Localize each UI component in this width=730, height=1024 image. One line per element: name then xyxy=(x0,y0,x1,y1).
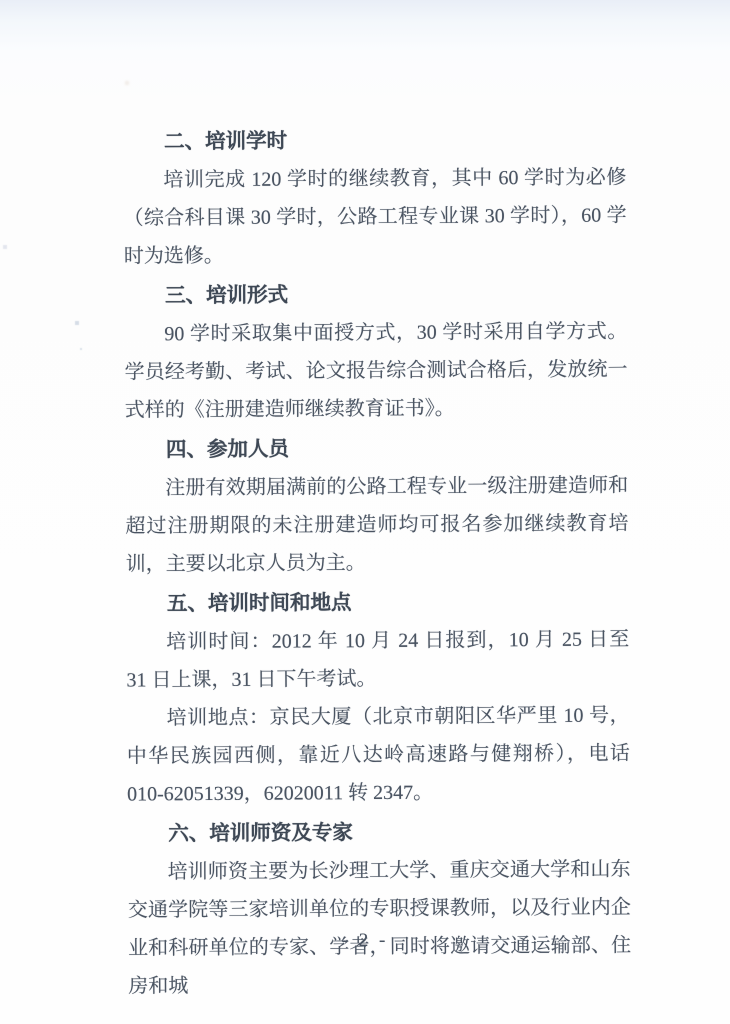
section-training-format: 三、培训形式 90 学时采取集中面授方式，30 学时采用自学方式。学员经考勤、考… xyxy=(124,272,628,429)
section-time-and-place: 五、培训时间和地点 培训时间：2012 年 10 月 24 日报到，10 月 2… xyxy=(126,580,630,813)
section-heading: 五、培训时间和地点 xyxy=(126,580,629,623)
scanned-page: 二、培训学时 培训完成 120 学时的继续教育，其中 60 学时为必修（综合科目… xyxy=(0,0,730,1024)
paragraph: 培训师资主要为长沙理工大学、重庆交通大学和山东交通学院等三家培训单位的专职授课教… xyxy=(127,850,631,1005)
page-number: - 2 - xyxy=(0,930,730,952)
document-body: 二、培训学时 培训完成 120 学时的继续教育，其中 60 学时为必修（综合科目… xyxy=(123,118,631,1005)
section-participants: 四、参加人员 注册有效期届满前的公路工程专业一级注册建造师和超过注册期限的未注册… xyxy=(125,426,629,583)
section-heading: 二、培训学时 xyxy=(123,118,626,161)
paragraph: 培训时间：2012 年 10 月 24 日报到，10 月 25 日至 31 日上… xyxy=(126,620,629,699)
section-heading: 四、参加人员 xyxy=(125,426,628,469)
paragraph: 注册有效期届满前的公路工程专业一级注册建造师和超过注册期限的未注册建造师均可报名… xyxy=(125,466,629,583)
paragraph: 90 学时采取集中面授方式，30 学时采用自学方式。学员经考勤、考试、论文报告综… xyxy=(124,312,628,429)
section-faculty-experts: 六、培训师资及专家 培训师资主要为长沙理工大学、重庆交通大学和山东交通学院等三家… xyxy=(127,810,631,1005)
section-heading: 三、培训形式 xyxy=(124,272,627,315)
section-heading: 六、培训师资及专家 xyxy=(127,810,630,853)
section-training-hours: 二、培训学时 培训完成 120 学时的继续教育，其中 60 学时为必修（综合科目… xyxy=(123,118,627,275)
paragraph: 培训完成 120 学时的继续教育，其中 60 学时为必修（综合科目课 30 学时… xyxy=(123,158,627,275)
paragraph: 培训地点：京民大厦（北京市朝阳区华严里 10 号，中华民族园西侧，靠近八达岭高速… xyxy=(127,696,631,813)
